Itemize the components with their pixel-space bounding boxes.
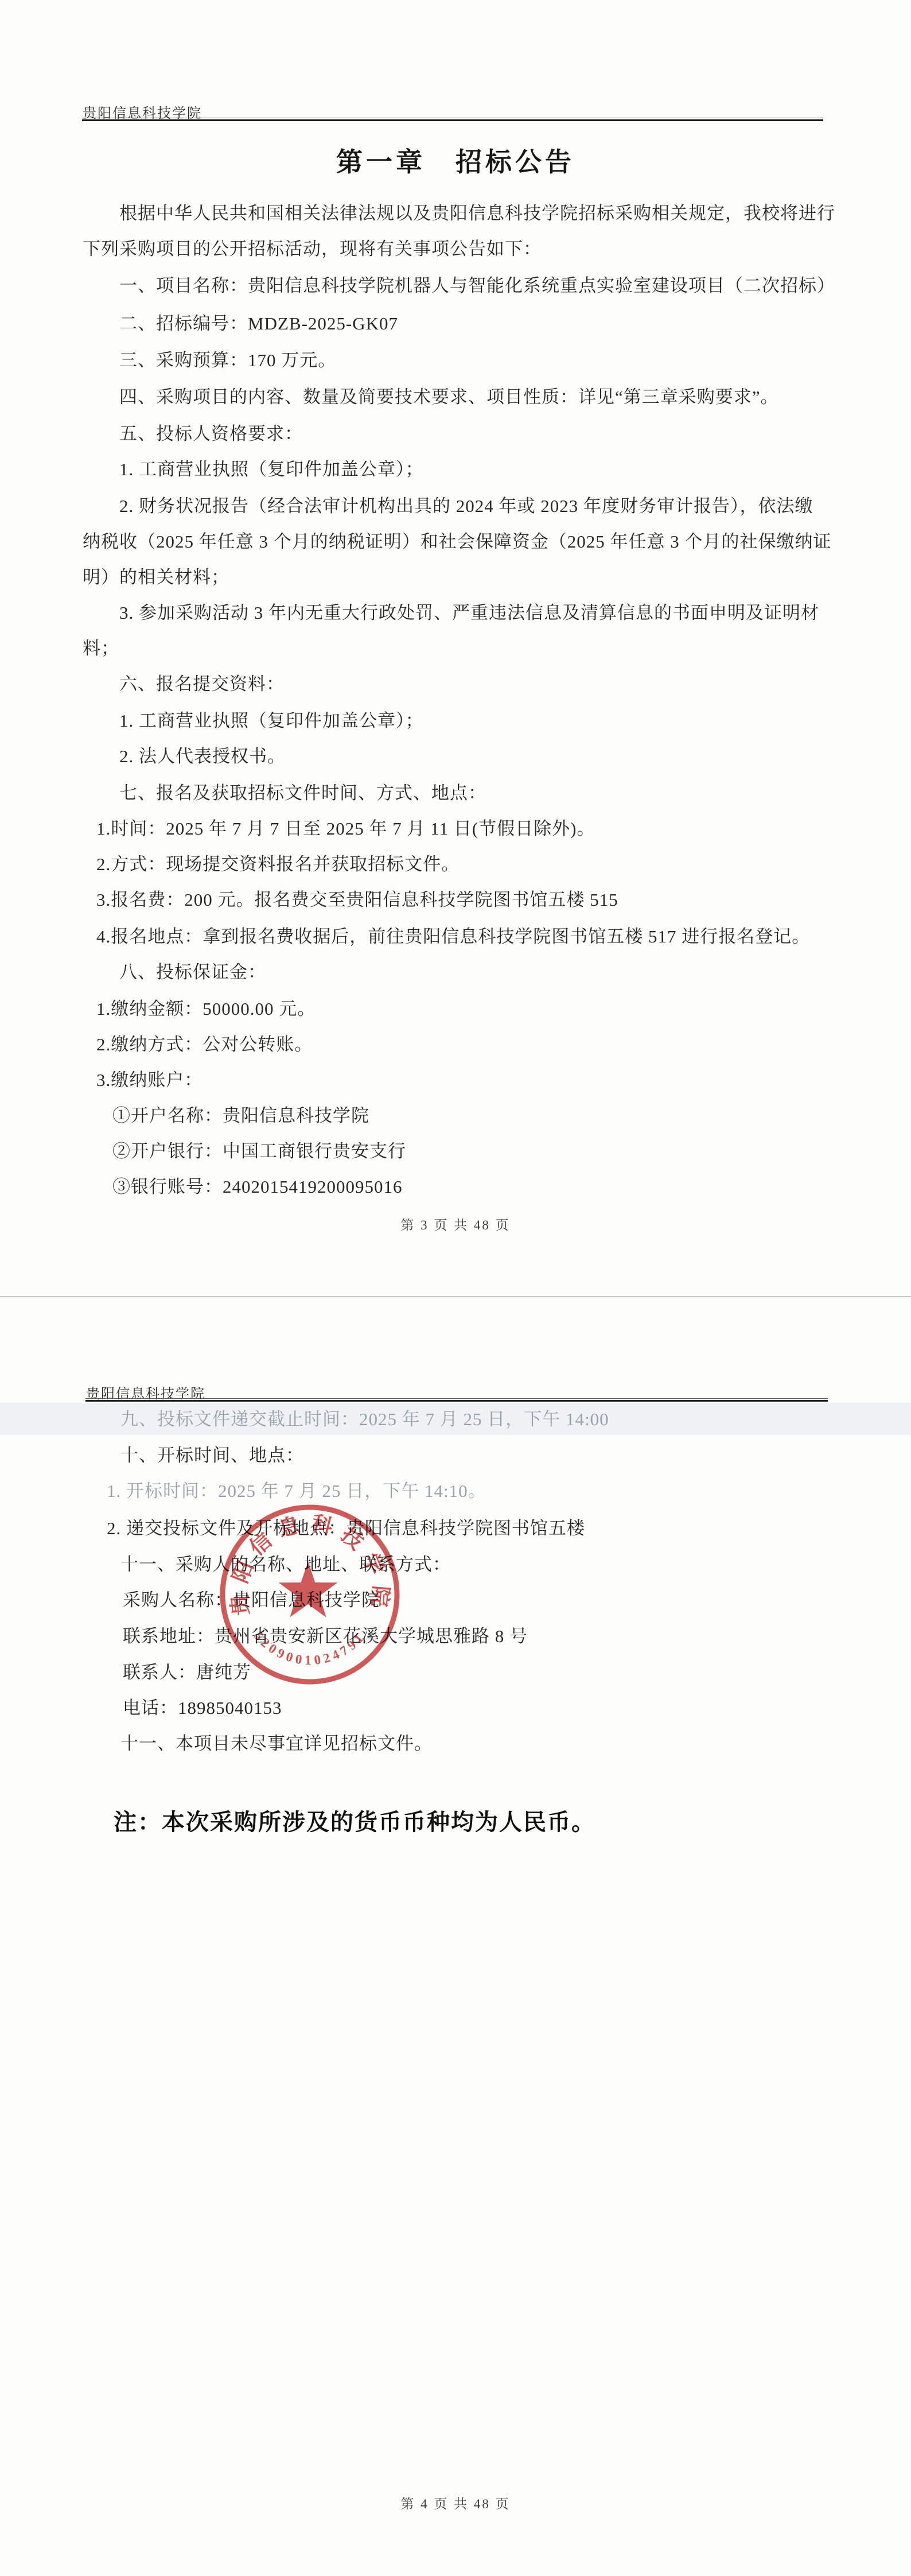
body-line: 明）的相关材料； — [83, 567, 229, 588]
body-line: 料； — [83, 638, 119, 659]
seal-star — [279, 1561, 338, 1617]
body-line: ③银行账号：2402015419200095016 — [112, 1177, 403, 1197]
body-line: 十、开标时间、地点： — [120, 1445, 304, 1466]
body-line: 2. 财务状况报告（经合法审计机构出具的 2024 年或 2023 年度财务审计… — [119, 496, 813, 517]
body-line: 八、投标保证金： — [119, 962, 266, 983]
body-line: 二、招标编号：MDZB-2025-GK07 — [119, 313, 398, 334]
body-line: 3. 参加采购活动 3 年内无重大行政处罚、严重违法信息及清算信息的书面申明及证… — [119, 603, 819, 623]
body-line: 三、采购预算：170 万元。 — [119, 350, 336, 371]
page-footer: 第 3 页 共 48 页 — [0, 1215, 911, 1233]
body-line: 1.缴纳金额：50000.00 元。 — [96, 999, 316, 1019]
body-line: 一、项目名称：贵阳信息科技学院机器人与智能化系统重点实验室建设项目（二次招标） — [119, 276, 835, 296]
body-line: 下列采购项目的公开招标活动，现将有关事项公告如下： — [83, 239, 542, 259]
body-line: 九、投标文件递交截止时间：2025 年 7 月 25 日，下午 14:00 — [120, 1409, 609, 1430]
body-line: 1. 工商营业执照（复印件加盖公章）； — [119, 711, 424, 731]
body-line: 3.缴纳账户： — [96, 1070, 203, 1091]
body-line: ①开户名称：贵阳信息科技学院 — [112, 1105, 369, 1126]
body-line: 根据中华人民共和国相关法律法规以及贵阳信息科技学院招标采购相关规定，我校将进行 — [119, 203, 835, 224]
body-line: ②开户银行：中国工商银行贵安支行 — [112, 1141, 406, 1162]
body-line: 2.缴纳方式：公对公转账。 — [96, 1034, 313, 1055]
body-line: 纳税收（2025 年任意 3 个月的纳税证明）和社会保障资金（2025 年任意 … — [83, 532, 832, 552]
body-line: 4.报名地点：拿到报名费收据后，前往贵阳信息科技学院图书馆五楼 517 进行报名… — [96, 926, 810, 947]
page-footer: 第 4 页 共 48 页 — [0, 2493, 911, 2512]
document-scan: 贵阳信息科技学院 第一章 招标公告 根据中华人民共和国相关法律法规以及贵阳信息科… — [0, 0, 911, 2576]
body-line: 十一、本项目未尽事宜详见招标文件。 — [120, 1733, 433, 1754]
body-line: 七、报名及获取招标文件时间、方式、地点： — [119, 783, 486, 804]
body-line: 六、报名提交资料： — [119, 674, 285, 695]
header-rule — [85, 1398, 828, 1400]
official-seal: 贵阳信息科技学院 5209001024791 — [211, 1496, 408, 1693]
body-line: 1. 工商营业执照（复印件加盖公章）； — [119, 459, 424, 480]
body-line: 四、采购项目的内容、数量及简要技术要求、项目性质：详见“第三章采购要求”。 — [119, 387, 779, 408]
body-line: 电话：18985040153 — [123, 1698, 282, 1718]
seal-serial-arc-text: 5209001024791 — [251, 1629, 368, 1667]
page-separator — [0, 1296, 911, 1297]
header-rule — [82, 118, 823, 119]
chapter-title: 第一章 招标公告 — [0, 141, 911, 179]
body-line: 2.方式：现场提交资料报名并获取招标文件。 — [96, 854, 460, 875]
body-line: 五、投标人资格要求： — [119, 424, 303, 444]
body-line: 注：本次采购所涉及的货币币种均为人民币。 — [114, 1809, 595, 1836]
body-line: 3.报名费：200 元。报名费交至贵阳信息科技学院图书馆五楼 515 — [96, 890, 618, 910]
body-line: 2. 法人代表授权书。 — [119, 746, 286, 767]
body-line: 1.时间：2025 年 7 月 7 日至 2025 年 7 月 11 日(节假日… — [96, 818, 595, 839]
